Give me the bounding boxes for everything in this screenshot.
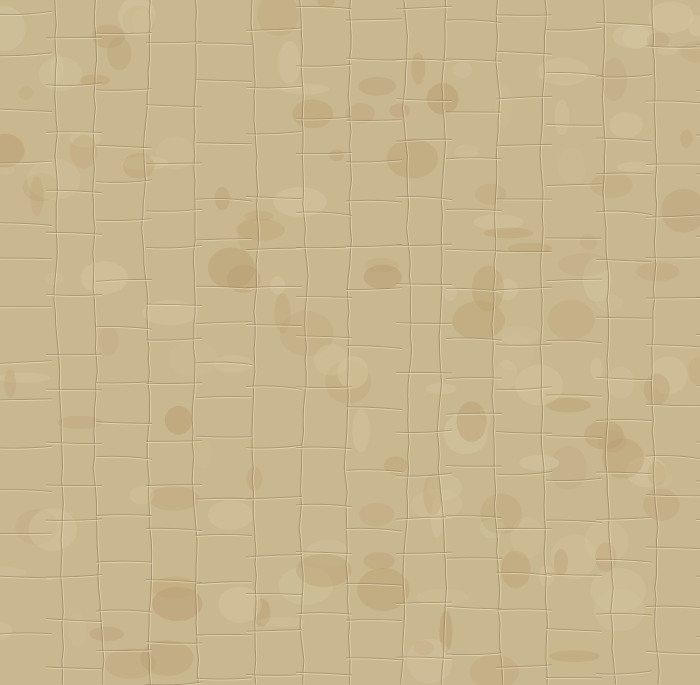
wallpaper-texture xyxy=(0,0,700,685)
texture-pattern xyxy=(0,0,700,685)
